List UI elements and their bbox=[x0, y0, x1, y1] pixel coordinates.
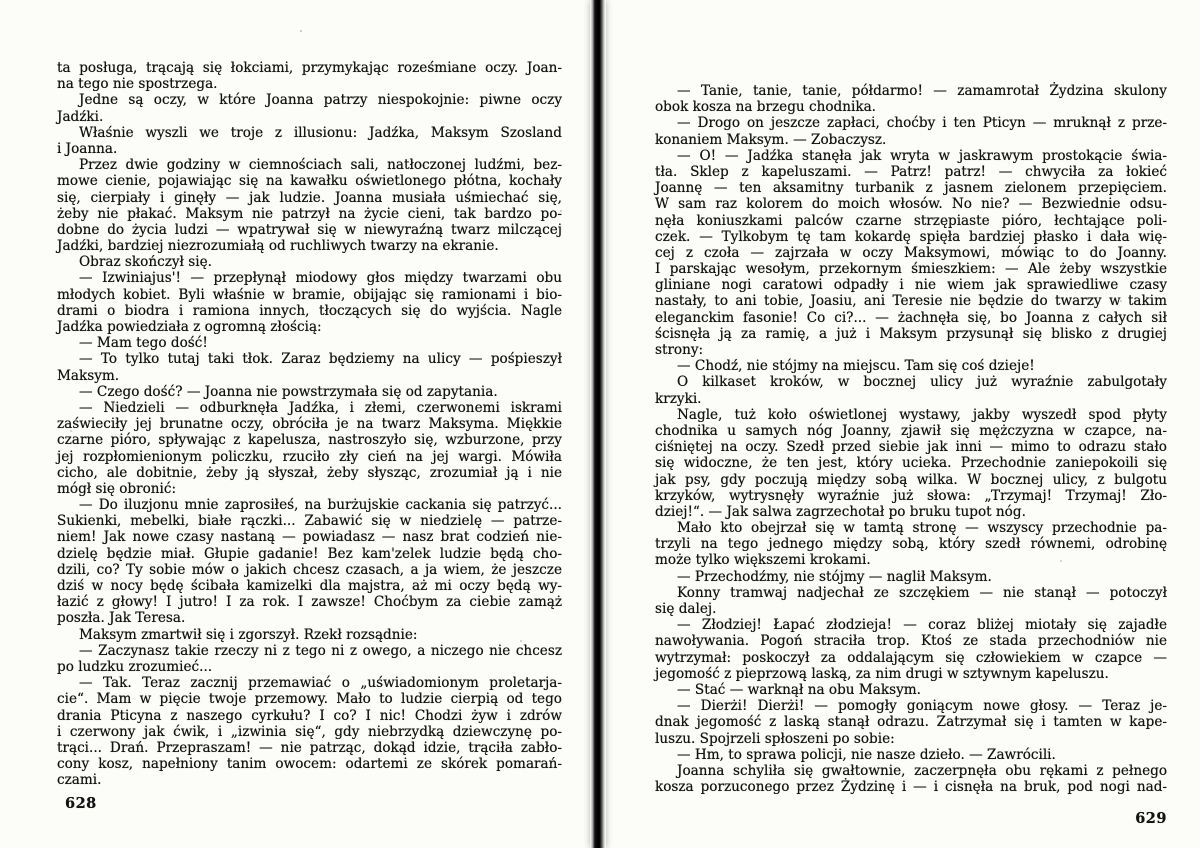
right-page: — Tanie, tanie, tanie, półdarmo! — zamam… bbox=[655, 83, 1167, 795]
text-line: Maksym. bbox=[57, 368, 562, 384]
text-line: — Zaczynasz takie rzeczy ni z tego ni z … bbox=[57, 643, 562, 659]
text-line: Maksym zmartwił się i zgorszył. Rzekł ro… bbox=[57, 627, 562, 643]
text-line: cej z czoła — zajrzała w oczy Maksymowi,… bbox=[655, 245, 1167, 261]
text-line: po ludzku zrozumieć... bbox=[57, 659, 562, 675]
text-line: i czerwony jak ćwik, i „izwinia się“, gd… bbox=[57, 724, 562, 740]
page-number-left: 628 bbox=[65, 795, 97, 812]
text-line: Nagle, tuż koło oświetlonej wystawy, jak… bbox=[655, 407, 1167, 423]
text-line: konaniem Maksym. — Zobaczysz. bbox=[655, 132, 1167, 148]
text-line: — Dierżi! Dierżi! — pomogły goniącym now… bbox=[655, 698, 1167, 714]
text-line: i Joanna. bbox=[57, 141, 562, 157]
text-line: chodnika u samych nóg Joanny, zjawił się… bbox=[655, 423, 1167, 439]
text-line: się, cierpiały i ginęły — jak ludzie. Jo… bbox=[57, 190, 562, 206]
text-line: — Tanie, tanie, tanie, półdarmo! — zamam… bbox=[655, 83, 1167, 99]
text-line: Jadźki, bardziej niezrozumiałą od ruchli… bbox=[57, 238, 562, 254]
text-line: trzyli na tego jednego między sobą, któr… bbox=[655, 536, 1167, 552]
text-line: krzyków, wytrysnęły wyraźnie już słowa: … bbox=[655, 488, 1167, 504]
text-line: ta posługa, trącają się łokciami, przymy… bbox=[57, 60, 562, 76]
text-line: krzyki. bbox=[655, 391, 1167, 407]
text-line: dobne do życia ludzi — wpatrywał się w n… bbox=[57, 222, 562, 238]
text-line: Sukienki, mebelki, białe rączki... Zabaw… bbox=[57, 513, 562, 529]
text-line: dzielę będzie miał. Głupie gadanie! Bez … bbox=[57, 546, 562, 562]
text-line: poszła. Jak Teresa. bbox=[57, 610, 562, 626]
text-line: ścisnęła ją za ramię, a już i Maksym prz… bbox=[655, 326, 1167, 342]
text-line: cony kosz, napełniony tanim owocem: odar… bbox=[57, 756, 562, 772]
text-line: strony: bbox=[655, 342, 1167, 358]
text-line: zaświeciły jej brunatne oczy, obróciła j… bbox=[57, 416, 562, 432]
text-line: na tego nie spostrzega. bbox=[57, 76, 562, 92]
text-line: eleganckim fasonie! Co ci?... — żachnęła… bbox=[655, 310, 1167, 326]
text-line: żeby nie płakać. Maksym nie patrzył na ż… bbox=[57, 206, 562, 222]
text-line: niem! Jak nowe czasy nastaną — powiadasz… bbox=[57, 529, 562, 545]
left-page: ta posługa, trącają się łokciami, przymy… bbox=[57, 60, 562, 788]
text-line: — Niedzieli — odburknęła Jadźka, i złemi… bbox=[57, 400, 562, 416]
text-line: dziś w nocy będę ścibała kamizelki dla m… bbox=[57, 578, 562, 594]
text-line: — Mam tego dość! bbox=[57, 335, 562, 351]
text-line: Mało kto obejrzał się w tamtą stronę — w… bbox=[655, 520, 1167, 536]
text-line: może tylko większemi krokami. bbox=[655, 552, 1167, 568]
text-line: Konny tramwaj nadjechał ze szczękiem — n… bbox=[655, 585, 1167, 601]
text-line: — Czego dość? — Joanna nie powstrzymała … bbox=[57, 384, 562, 400]
book-spread: ta posługa, trącają się łokciami, przymy… bbox=[0, 0, 1200, 848]
text-line: luszu. Spojrzeli spłoszeni po sobie: bbox=[655, 731, 1167, 747]
text-line: jak psy, gdy poczują między sobą wilka. … bbox=[655, 472, 1167, 488]
text-line: kosza porzuconego przez Żydzinę i — i ci… bbox=[655, 779, 1167, 795]
text-line: Przez dwie godziny w ciemnościach sali, … bbox=[57, 157, 562, 173]
text-line: dziej!“. — Jak salwa zagrzechotał po bru… bbox=[655, 504, 1167, 520]
text-line: Joannę — ten aksamitny turbanik z jasnem… bbox=[655, 180, 1167, 196]
text-line: łazić z głowy! I jutro! I za rok. I zaws… bbox=[57, 594, 562, 610]
text-line: czarne pióro, spływając z kapelusza, nas… bbox=[57, 432, 562, 448]
text-line: nastały, to ani tobie, Joasiu, ani Teres… bbox=[655, 293, 1167, 309]
text-line: obok kosza na brzegu chodnika. bbox=[655, 99, 1167, 115]
text-line: — Hm, to sprawa policji, nie nasze dzieł… bbox=[655, 747, 1167, 763]
text-line: — Złodziej! Łapać złodzieja! — coraz bli… bbox=[655, 617, 1167, 633]
text-line: — To tylko tutaj taki tłok. Zaraz będzie… bbox=[57, 351, 562, 367]
text-line: mowe cienie, pojawiając się na kawałku o… bbox=[57, 173, 562, 189]
binding-gutter bbox=[590, 0, 606, 848]
text-line: — Drogo on jeszcze zapłaci, choćby i ten… bbox=[655, 115, 1167, 131]
text-line: jegomość z pieprzową laską, za nim drugi… bbox=[655, 666, 1167, 682]
text-line: trąci... Drań. Przepraszam! — nie patrzą… bbox=[57, 740, 562, 756]
text-line: dzili, co? Ty sobie mów o jakich chcesz … bbox=[57, 562, 562, 578]
page-number-right: 629 bbox=[655, 810, 1167, 827]
text-line: Właśnie wyszli we troje z illusionu: Jad… bbox=[57, 125, 562, 141]
text-line: drania Pticyna z naszego cyrkułu? I co? … bbox=[57, 708, 562, 724]
text-line: się widoczne, że ten jest, który ucieka.… bbox=[655, 455, 1167, 471]
text-line: jej rozpłomienionym policzku, rzuciło zł… bbox=[57, 449, 562, 465]
text-line: mógł się obronić: bbox=[57, 481, 562, 497]
text-line: — Stać — warknął na obu Maksym. bbox=[655, 682, 1167, 698]
text-line: — Izwiniajus'! — przepłynął miodowy głos… bbox=[57, 270, 562, 286]
text-line: — O! — Jadźka stanęła jak wryta w jaskra… bbox=[655, 148, 1167, 164]
text-line: drami o biodra i ramiona innych, tłocząc… bbox=[57, 303, 562, 319]
text-line: — Chodź, nie stójmy na miejscu. Tam się … bbox=[655, 358, 1167, 374]
text-line: nęła koniuszkami palców czarne strzępias… bbox=[655, 213, 1167, 229]
text-line: I parskając wesołym, przekornym śmieszki… bbox=[655, 261, 1167, 277]
text-line: Joanna schyliła się gwałtownie, zaczerpn… bbox=[655, 763, 1167, 779]
text-line: młodych kobiet. Byli właśnie w bramie, o… bbox=[57, 287, 562, 303]
text-line: czek. — Tylkobym tę tam kokardę spięła b… bbox=[655, 229, 1167, 245]
text-line: — Do iluzjonu mnie zaprosiłeś, na burżuj… bbox=[57, 497, 562, 513]
text-line: Jadźki. bbox=[57, 109, 562, 125]
text-line: gliniane nogi caratowi odpadły i nie wie… bbox=[655, 277, 1167, 293]
text-line: O kilkaset kroków, w bocznej ulicy już w… bbox=[655, 374, 1167, 390]
text-line: cicho, ale dobitnie, żeby ją słyszał, że… bbox=[57, 465, 562, 481]
text-line: cie“. Mam w pięcie twoje przemowy. Mało … bbox=[57, 691, 562, 707]
text-line: ciśniętej na oczy. Szedł przed siebie ja… bbox=[655, 439, 1167, 455]
text-line: Jadźka powiedziała z ogromną złością: bbox=[57, 319, 562, 335]
text-line: — Przechodźmy, nie stójmy — naglił Maksy… bbox=[655, 569, 1167, 585]
scan-noise bbox=[0, 0, 2, 2]
text-line: tła. Sklep z kapeluszami. — Patrz! patrz… bbox=[655, 164, 1167, 180]
text-line: wytrzymał: poskoczył za oddalającym się … bbox=[655, 650, 1167, 666]
text-line: Obraz skończył się. bbox=[57, 254, 562, 270]
text-line: się dalej. bbox=[655, 601, 1167, 617]
text-line: — Tak. Teraz zacznij przemawiać o „uświa… bbox=[57, 675, 562, 691]
text-line: W sam raz kolorem do moich włosów. No ni… bbox=[655, 196, 1167, 212]
text-line: nawoływania. Pogoń straciła trop. Ktoś z… bbox=[655, 633, 1167, 649]
text-line: czami. bbox=[57, 772, 562, 788]
text-line: dnak jegomość z laską stanął odrazu. Zat… bbox=[655, 714, 1167, 730]
text-line: Jedne są oczy, w które Joanna patrzy nie… bbox=[57, 92, 562, 108]
